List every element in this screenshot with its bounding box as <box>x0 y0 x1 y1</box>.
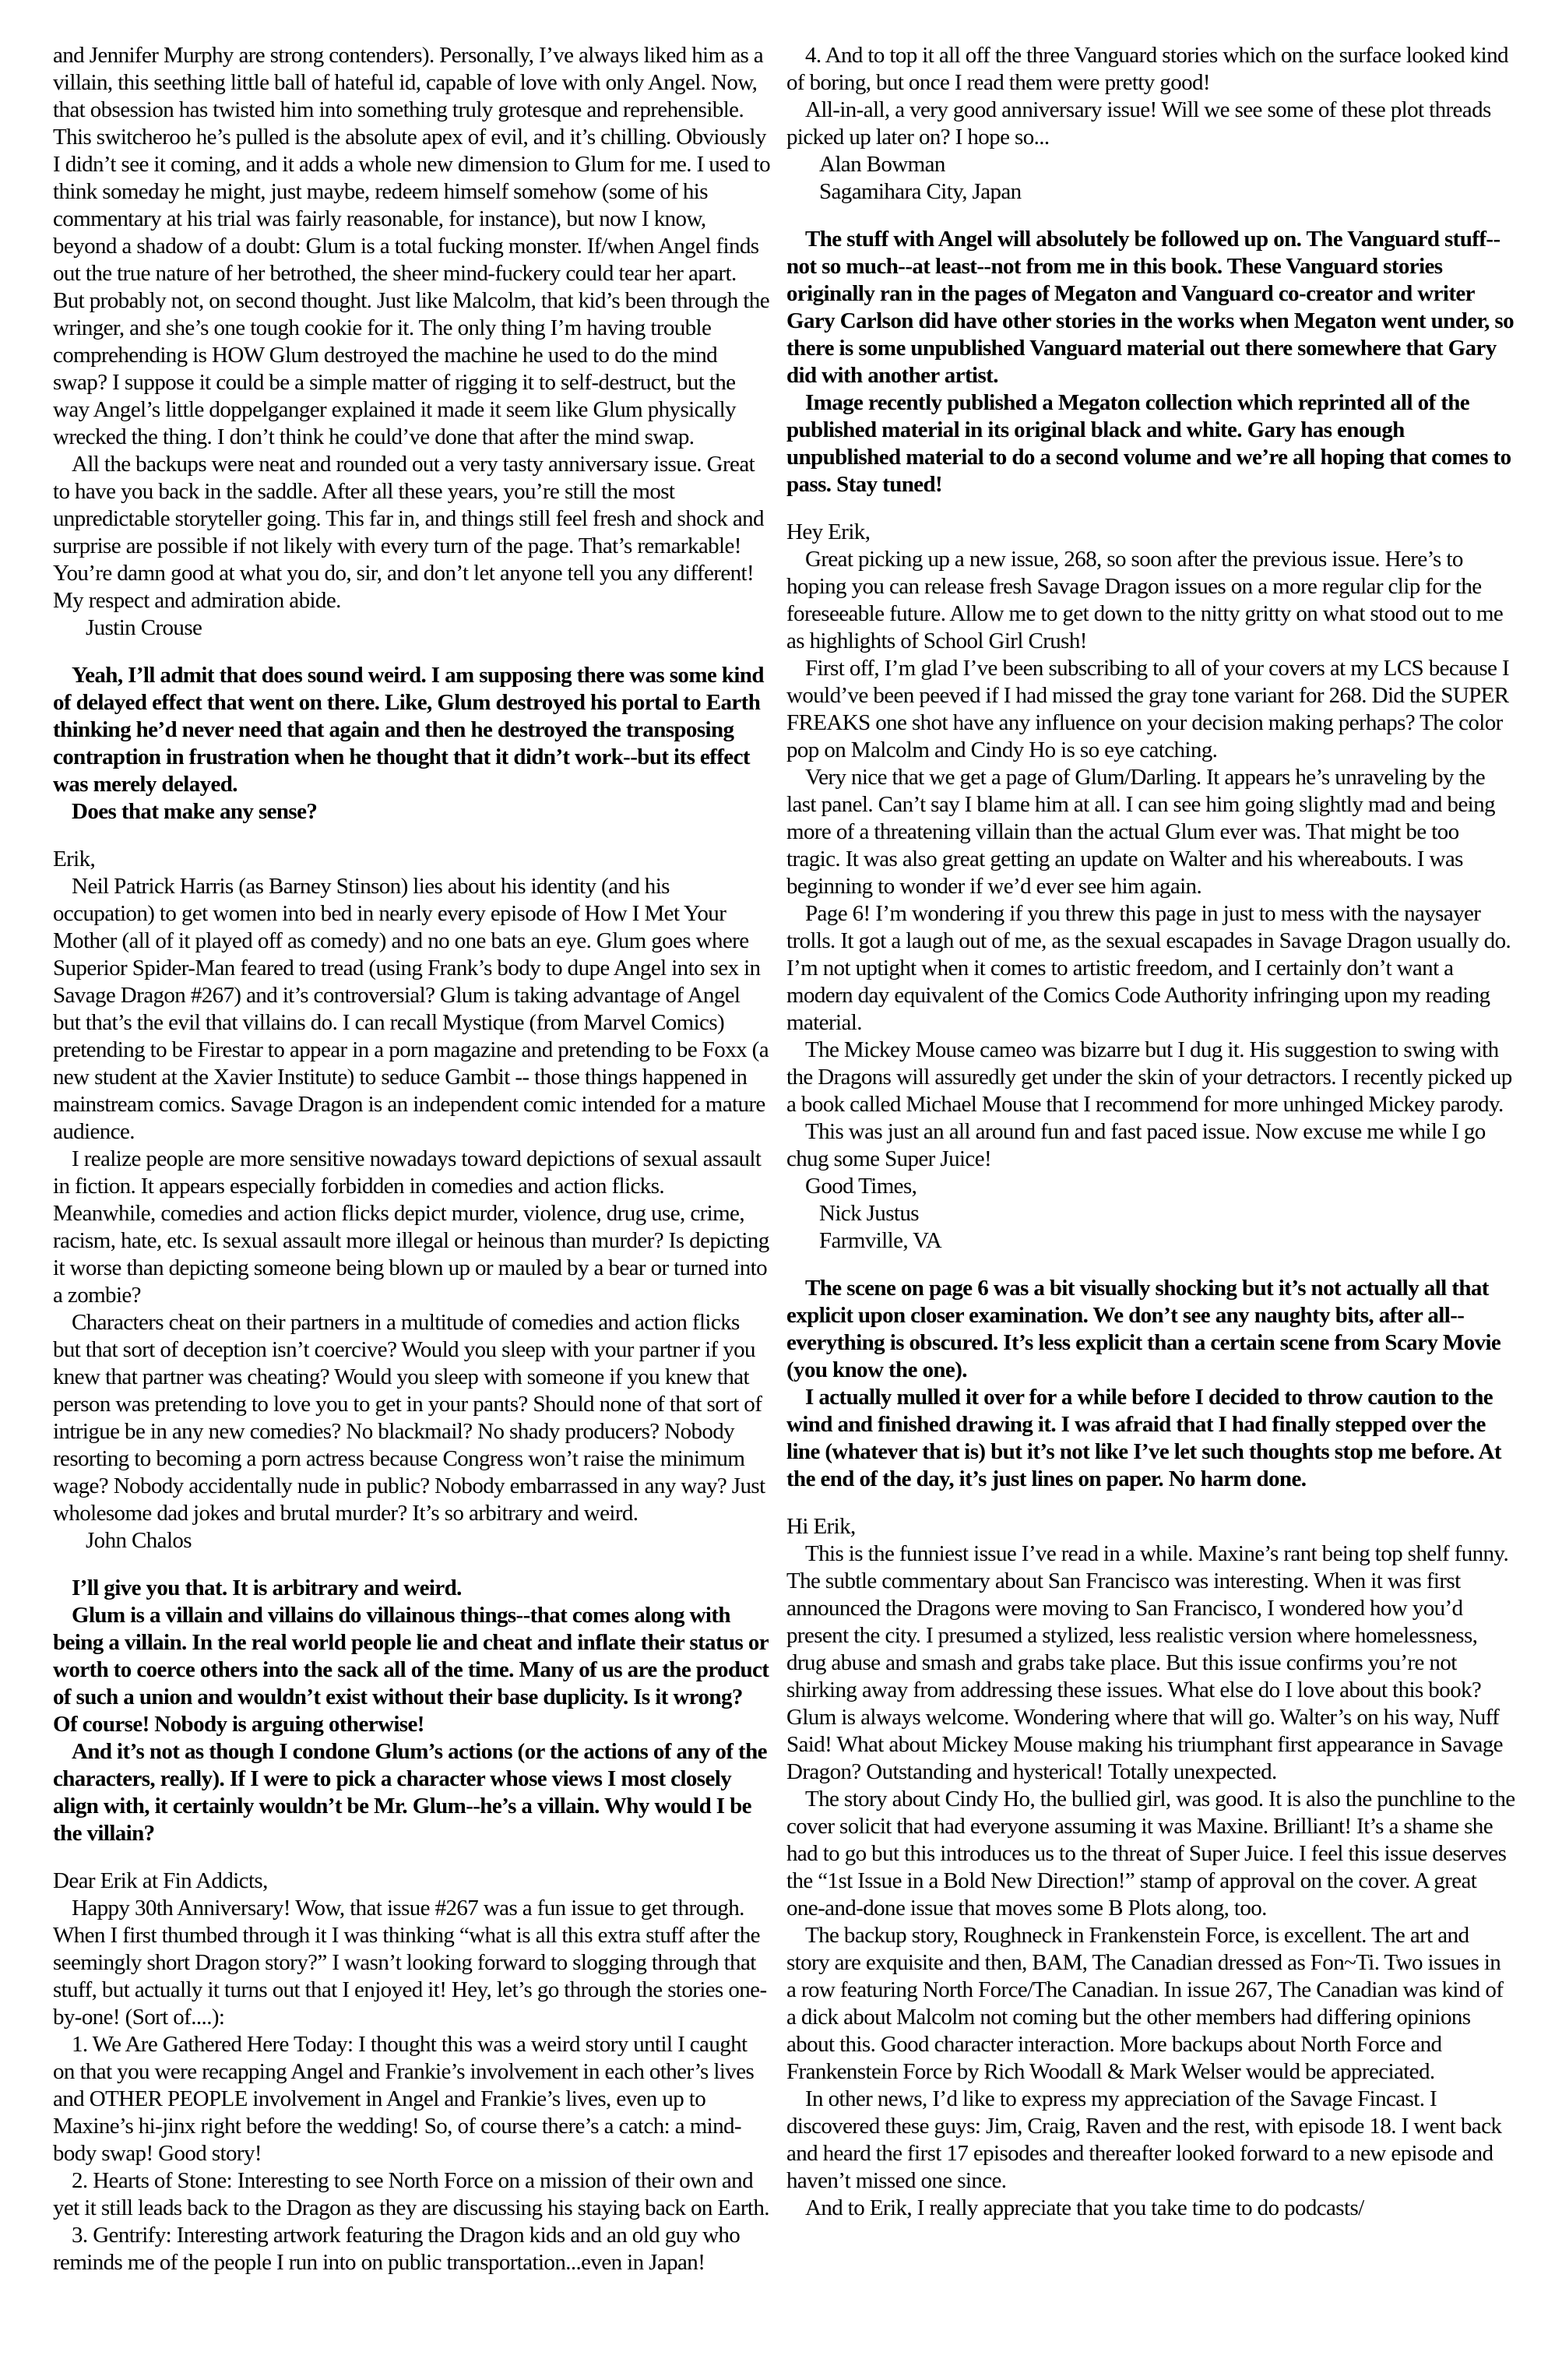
letter-paragraph: And to Erik, I really appreciate that yo… <box>786 2195 1515 2222</box>
signature-line: Farmville, VA <box>786 1227 1515 1255</box>
editor-reply-paragraph: I actually mulled it over for a while be… <box>786 1384 1515 1493</box>
letter-paragraph: Neil Patrick Harris (as Barney Stinson) … <box>53 873 771 1146</box>
editor-reply-paragraph: And it’s not as though I condone Glum’s … <box>53 1738 771 1847</box>
editor-reply-paragraph: The stuff with Angel will absolutely be … <box>786 226 1515 389</box>
signature-line: Justin Crouse <box>53 614 771 642</box>
editor-reply-paragraph: Yeah, I’ll admit that does sound weird. … <box>53 662 771 798</box>
letter-paragraph: All-in-all, a very good anniversary issu… <box>786 97 1515 151</box>
letter-paragraph: This is the funniest issue I’ve read in … <box>786 1540 1515 1786</box>
letter-paragraph: In other news, I’d like to express my ap… <box>786 2086 1515 2195</box>
letter-paragraph: All the backups were neat and rounded ou… <box>53 451 771 614</box>
salutation: Dear Erik at Fin Addicts, <box>53 1868 771 1895</box>
letter-paragraph: 1. We Are Gathered Here Today: I thought… <box>53 2031 771 2167</box>
signature-line: Alan Bowman <box>786 151 1515 178</box>
signature-line: John Chalos <box>53 1527 771 1554</box>
letter-paragraph: 3. Gentrify: Interesting artwork featuri… <box>53 2222 771 2276</box>
letters-page: and Jennifer Murphy are strong contender… <box>0 0 1548 2380</box>
left-column: and Jennifer Murphy are strong contender… <box>53 42 771 2276</box>
letter-paragraph: The Mickey Mouse cameo was bizarre but I… <box>786 1037 1515 1118</box>
letter-paragraph: This was just an all around fun and fast… <box>786 1118 1515 1173</box>
letter-paragraph: I realize people are more sensitive nowa… <box>53 1146 771 1309</box>
letter-paragraph: 4. And to top it all off the three Vangu… <box>786 42 1515 97</box>
editor-reply-paragraph: Glum is a villain and villains do villai… <box>53 1602 771 1738</box>
letter-paragraph: Good Times, <box>786 1173 1515 1200</box>
letter-paragraph: Very nice that we get a page of Glum/Dar… <box>786 764 1515 900</box>
letter-paragraph: First off, I’m glad I’ve been subscribin… <box>786 655 1515 764</box>
letter-paragraph: The backup story, Roughneck in Frankenst… <box>786 1922 1515 2086</box>
letter-paragraph: Characters cheat on their partners in a … <box>53 1309 771 1527</box>
letter-paragraph: and Jennifer Murphy are strong contender… <box>53 42 771 451</box>
letter-paragraph: Page 6! I’m wondering if you threw this … <box>786 900 1515 1037</box>
editor-reply-paragraph: The scene on page 6 was a bit visually s… <box>786 1275 1515 1384</box>
signature-line: Sagamihara City, Japan <box>786 178 1515 206</box>
letter-paragraph: The story about Cindy Ho, the bullied gi… <box>786 1786 1515 1922</box>
signature-line: Nick Justus <box>786 1200 1515 1227</box>
letter-paragraph: Great picking up a new issue, 268, so so… <box>786 546 1515 655</box>
letter-paragraph: 2. Hearts of Stone: Interesting to see N… <box>53 2167 771 2222</box>
letter-paragraph: Happy 30th Anniversary! Wow, that issue … <box>53 1895 771 2031</box>
salutation: Erik, <box>53 846 771 873</box>
editor-reply-paragraph: Image recently published a Megaton colle… <box>786 389 1515 498</box>
editor-reply-paragraph: Does that make any sense? <box>53 798 771 826</box>
right-column: 4. And to top it all off the three Vangu… <box>786 42 1515 2222</box>
salutation: Hi Erik, <box>786 1513 1515 1540</box>
editor-reply-paragraph: I’ll give you that. It is arbitrary and … <box>53 1575 771 1602</box>
salutation: Hey Erik, <box>786 519 1515 546</box>
